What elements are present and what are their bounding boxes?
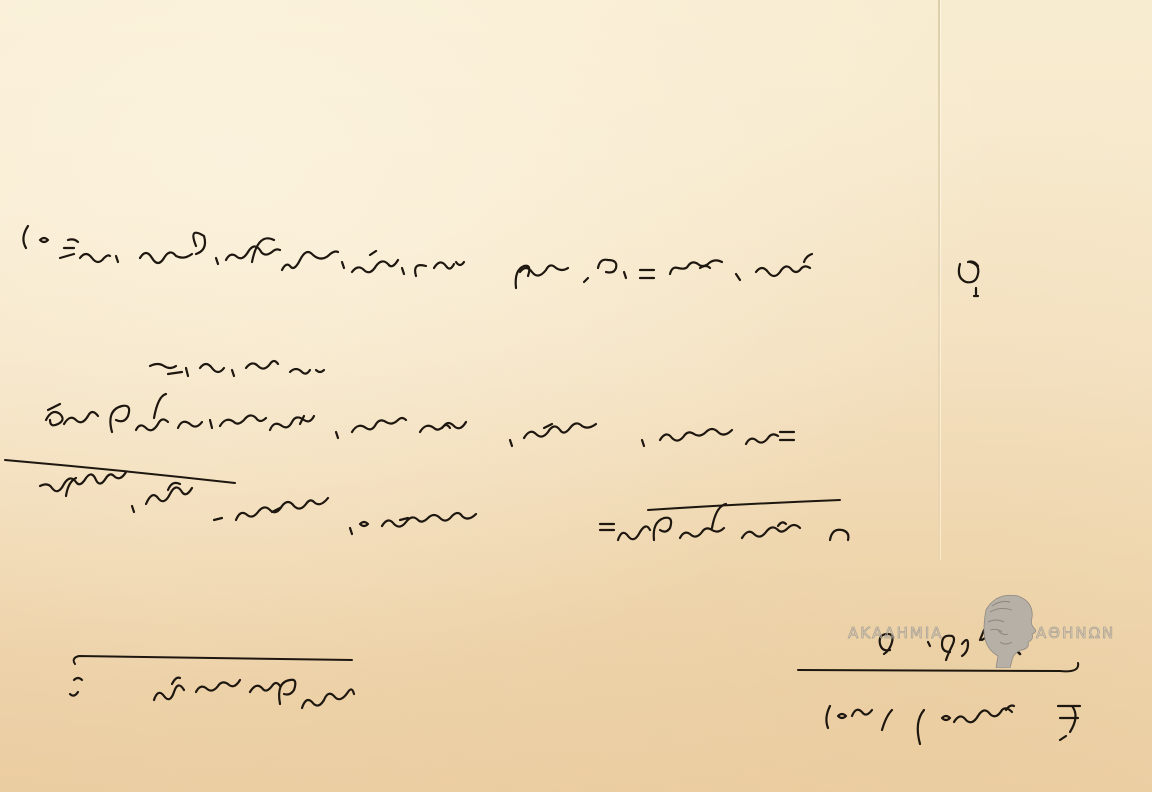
academy-of-athens-watermark: ΑΚΑΔΗΜΙΑ ΑΘΗΝΩΝ <box>846 588 1146 668</box>
watermark-text-right: ΑΘΗΝΩΝ <box>1036 624 1115 642</box>
handwriting-ink <box>0 0 1152 792</box>
handwritten-line-2 <box>150 361 324 376</box>
watermark-text-left: ΑΚΑΔΗΜΙΑ <box>848 624 944 642</box>
handwritten-line-7 <box>826 706 1080 745</box>
handwritten-line-6 <box>70 678 354 708</box>
handwritten-line-3 <box>46 394 794 446</box>
handwritten-line-1 <box>23 226 978 296</box>
athena-head-icon <box>974 590 1036 668</box>
